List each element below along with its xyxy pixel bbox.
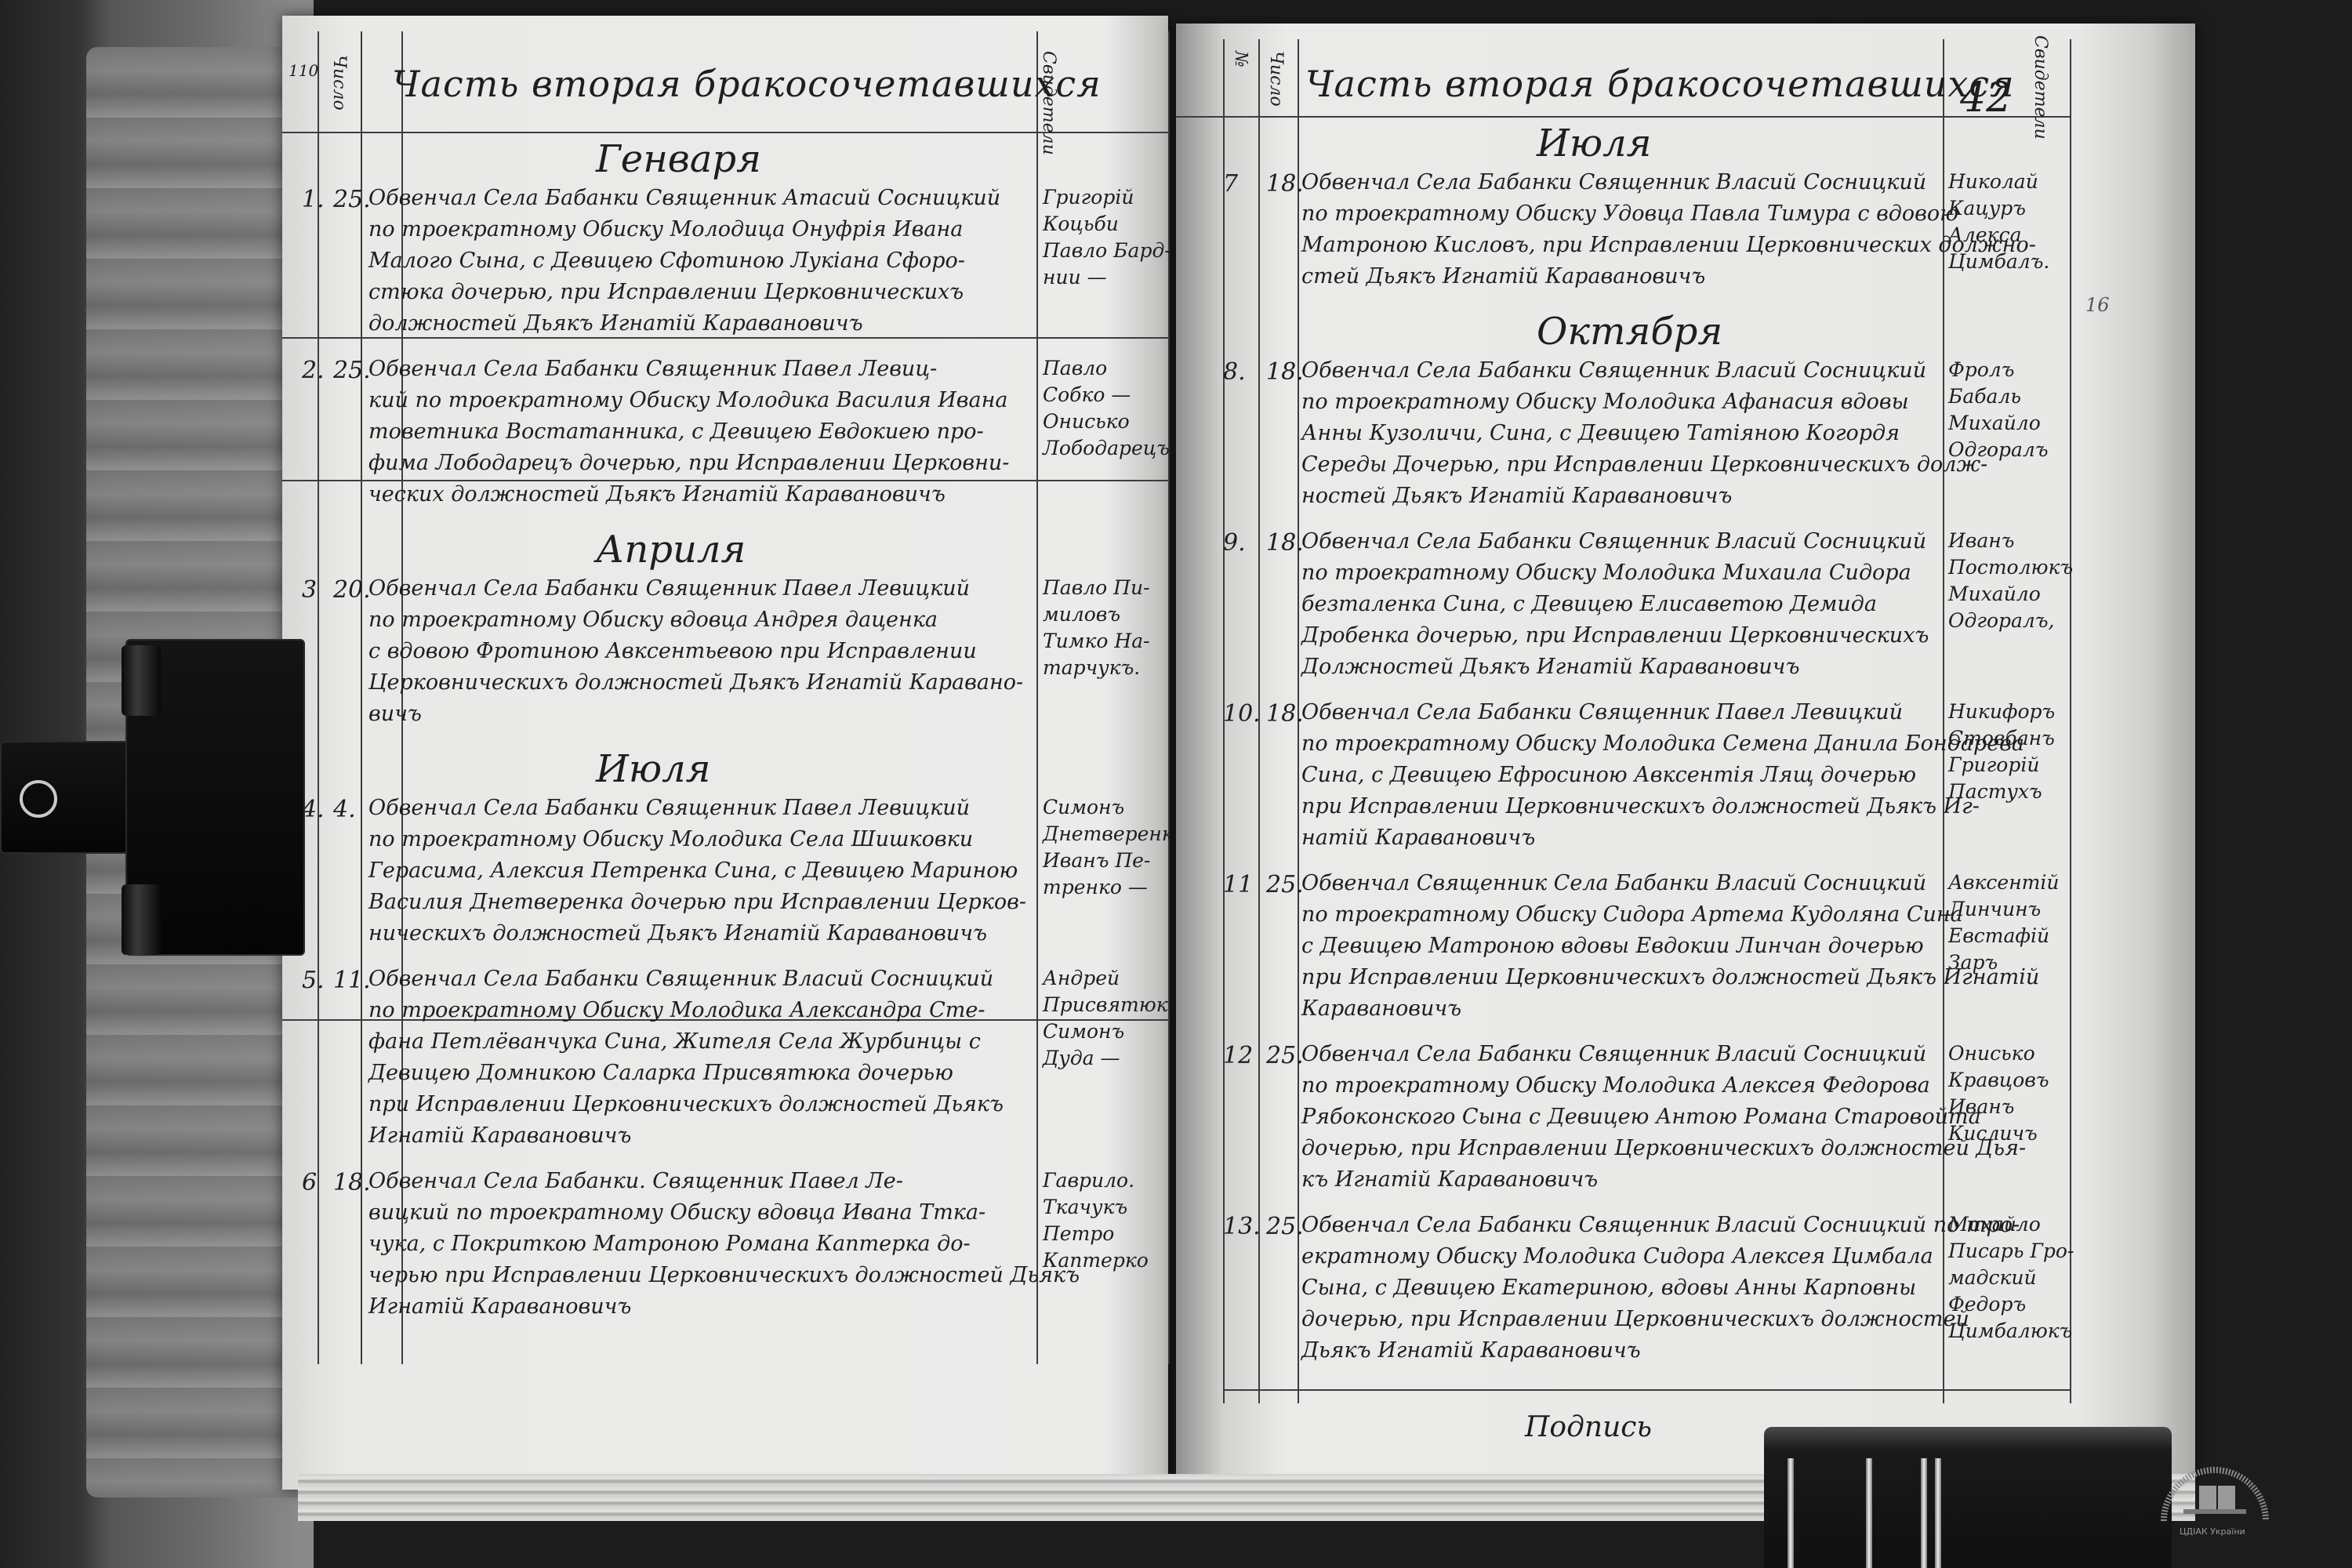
entry-text-line: при Исправлении Церковническихъ должност… xyxy=(1301,794,1980,818)
entry-text-line: черью при Исправлении Церковническихъ до… xyxy=(368,1263,1080,1287)
entry-text-line: с вдовою Фротиною Авксентьевою при Испра… xyxy=(368,639,977,663)
entry-text-line: Обвенчал Села Бабанки Священник Павел Ле… xyxy=(368,357,937,381)
witness-name: Симонъ xyxy=(1043,1020,1124,1043)
entry-text-line: кий по троекратному Обиску Молодика Васи… xyxy=(368,388,1007,412)
month-heading: Октября xyxy=(1537,310,1722,354)
entry-number: 1. xyxy=(302,186,325,213)
month-heading: Генваря xyxy=(596,137,761,181)
entry-text-line: Обвенчал Села Бабанки Священник Власий С… xyxy=(1301,1042,1926,1066)
entry-number: 9. xyxy=(1223,529,1246,557)
entry-text-line: чука, с Покриткою Матроною Романа Каптер… xyxy=(368,1232,971,1256)
entry-text-line: Обвенчал Села Бабанки Священник Павел Ле… xyxy=(368,576,970,601)
entry-text-line: стюка дочерью, при Исправлении Церковнич… xyxy=(368,280,964,304)
signature: Подпись xyxy=(1525,1411,1652,1443)
entry-text-line: Обвенчал Священник Села Бабанки Власий С… xyxy=(1301,871,1926,895)
entry-text-line: натій Каравановичъ xyxy=(1301,826,1535,850)
entry-text-line: по троекратному Обиску Молодика Алексея … xyxy=(1301,1073,1930,1098)
rule-line xyxy=(282,480,1168,481)
witness-name: Михайло xyxy=(1948,583,2041,605)
rule-line xyxy=(361,31,362,1364)
rule-line xyxy=(1176,116,2070,118)
entry-text-line: Обвенчал Села Бабанки Священник Власий С… xyxy=(368,967,993,991)
entry-text-line: къ Игнатій Каравановичъ xyxy=(1301,1167,1598,1192)
witness-name: Иванъ Пе- xyxy=(1043,849,1150,872)
entry-text-line: по троекратному Обиску Молодика Афанасия… xyxy=(1301,390,1909,414)
clip-roller xyxy=(122,645,161,716)
entry-number: 7 xyxy=(1223,170,1238,198)
witness-name: Цимбалюкъ xyxy=(1948,1319,2072,1342)
witness-name: Днетверенко xyxy=(1043,822,1185,845)
entry-day: 25. xyxy=(333,357,371,384)
entry-text-line: при Исправлении Церковническихъ должност… xyxy=(368,1092,1004,1116)
column-header-number: № xyxy=(1231,51,1250,67)
entry-text-line: ническихъ должностей Дьякъ Игнатій Карав… xyxy=(368,921,987,946)
entry-day: 18. xyxy=(1266,529,1304,557)
entry-number: 12 xyxy=(1223,1042,1253,1069)
entry-number: 11 xyxy=(1223,871,1253,898)
entry-text-line: Середы Дочерью, при Исправлении Церковни… xyxy=(1301,452,1987,477)
witness-name: Павло xyxy=(1043,357,1107,379)
rule-line xyxy=(1223,1389,2070,1391)
witness-name: Николай xyxy=(1948,170,2038,193)
witness-name: Авксентій xyxy=(1948,871,2059,894)
page-title: Часть вторая бракосочетавшихся xyxy=(392,63,1102,105)
witness-name: Гаврило. xyxy=(1043,1169,1134,1192)
entry-text-line: Сына, с Девицею Екатериною, вдовы Анны К… xyxy=(1301,1276,1916,1300)
rule-line xyxy=(1036,31,1038,1364)
entry-text-line: Рябоконского Сына с Девицею Антою Романа… xyxy=(1301,1105,1981,1129)
witness-name: Петро xyxy=(1043,1222,1114,1245)
witness-name: Одгоралъ xyxy=(1948,438,2049,461)
entry-text-line: Анны Кузоличи, Сина, с Девицею Татіяною … xyxy=(1301,421,1900,445)
entry-text-line: екратному Обиску Молодика Сидора Алексея… xyxy=(1301,1244,1933,1269)
entry-text-line: Обвенчал Села Бабанки Священник Власий С… xyxy=(1301,170,1926,194)
entry-text-line: по троекратному Обиску Молодика Села Шиш… xyxy=(368,827,973,851)
witness-name: Симонъ xyxy=(1043,796,1124,818)
witness-name: Писарь Гро- xyxy=(1948,1240,2074,1262)
entry-day: 11. xyxy=(333,967,371,994)
witness-name: Постолюкъ xyxy=(1948,556,2073,579)
entry-text-line: Василия Днетверенка дочерью при Исправле… xyxy=(368,890,1026,914)
entry-text-line: Матроною Кисловъ, при Исправлении Церков… xyxy=(1301,233,2036,257)
witness-name: миловъ xyxy=(1043,603,1120,626)
entry-text-line: Обвенчал Села Бабанки Священник Власий С… xyxy=(1301,358,1926,383)
witness-name: Кравцовъ xyxy=(1948,1069,2049,1091)
witness-name: Ткачукъ xyxy=(1043,1196,1127,1218)
entry-text-line: с Девицею Матроною вдовы Евдокии Линчан … xyxy=(1301,934,1924,958)
witness-name: Тимко На- xyxy=(1043,630,1150,652)
entry-text-line: безталенка Сина, с Девицею Елисаветою Де… xyxy=(1301,592,1877,616)
witness-name: тарчукъ. xyxy=(1043,656,1140,679)
page-title: Часть вторая бракосочетавшихся xyxy=(1305,63,2015,105)
entry-text-line: по троекратному Обиску вдовца Андрея дац… xyxy=(368,608,938,632)
witness-name: Федоръ xyxy=(1948,1293,2026,1316)
entry-day: 25. xyxy=(1266,1042,1304,1069)
entry-text-line: по троекратному Обиску Молодика Михаила … xyxy=(1301,561,1911,585)
entry-number: 10. xyxy=(1223,700,1261,728)
binder-clip-bottom xyxy=(1764,1427,2172,1568)
rule-line xyxy=(282,132,1168,133)
witness-name: Григорій xyxy=(1043,186,1134,209)
month-heading: Априля xyxy=(596,528,746,572)
witness-name: Онисько xyxy=(1948,1042,2035,1065)
entry-text-line: фана Петлёванчука Сина, Жителя Села Журб… xyxy=(368,1029,981,1054)
witness-name: Павло Бард- xyxy=(1043,239,1171,262)
witness-name: Дуда — xyxy=(1043,1047,1120,1069)
witness-name: Линчинъ xyxy=(1948,898,2041,920)
margin-note: 16 xyxy=(2085,294,2110,316)
entry-text-line: Игнатій Каравановичъ xyxy=(368,1123,631,1148)
folio-number: 42 xyxy=(1960,74,2012,122)
witness-name: Михайло xyxy=(1948,1213,2041,1236)
entry-text-line: Обвенчал Села Бабанки Священник Власий С… xyxy=(1301,529,1926,554)
entry-number: 3 xyxy=(302,576,317,604)
witness-name: Андрей xyxy=(1043,967,1120,989)
entry-number: 4. xyxy=(302,796,325,823)
entry-text-line: по троекратному Обиску Молодица Онуфрія … xyxy=(368,217,963,241)
entry-text-line: Дробенка дочерью, при Исправлении Церков… xyxy=(1301,623,1929,648)
rule-line xyxy=(2070,39,2071,1403)
witness-name: Кисличъ xyxy=(1948,1122,2038,1145)
witness-name: Заръ xyxy=(1948,951,1998,974)
witness-name: Михайло xyxy=(1948,412,2041,434)
rule-line xyxy=(1168,31,1170,1364)
entry-day: 25. xyxy=(333,186,371,213)
entry-day: 18. xyxy=(1266,358,1304,386)
entry-text-line: товетника Востатанника, с Девицею Евдоки… xyxy=(368,419,984,444)
witness-name: мадский xyxy=(1948,1266,2037,1289)
clip-hole-icon xyxy=(20,780,57,818)
witness-name: Онисько xyxy=(1043,410,1130,433)
entry-text-line: дочерью, при Исправлении Церковническихъ… xyxy=(1301,1307,1969,1331)
entry-text-line: вичъ xyxy=(368,702,422,726)
entry-text-line: по троекратному Обиску Удовца Павла Тиму… xyxy=(1301,201,1958,226)
entry-number: 5. xyxy=(302,967,325,994)
entry-text-line: при Исправлении Церковническихъ должност… xyxy=(1301,965,2039,989)
witness-name: Цимбалъ. xyxy=(1948,250,2049,273)
archive-stamp-label: ЦДІАК України xyxy=(2180,1526,2245,1537)
entry-day: 25. xyxy=(1266,1213,1304,1240)
entry-day: 18. xyxy=(1266,700,1304,728)
witness-name: нии — xyxy=(1043,266,1107,289)
rule-line xyxy=(282,337,1168,339)
entry-day: 25. xyxy=(1266,871,1304,898)
entry-text-line: вицкий по троекратному Обиску вдовца Ива… xyxy=(368,1200,985,1225)
month-heading: Июля xyxy=(596,747,710,791)
witness-name: Собко — xyxy=(1043,383,1131,406)
entry-text-line: Девицею Домникою Саларка Присвятюка доче… xyxy=(368,1061,953,1085)
entry-day: 18. xyxy=(333,1169,371,1196)
rule-line xyxy=(318,31,319,1364)
witness-name: Григорій xyxy=(1948,753,2039,776)
witness-name: Стовбанъ xyxy=(1948,727,2055,750)
witness-name: Иванъ xyxy=(1948,529,2014,552)
entry-text-line: ностей Дьякъ Игнатій Каравановичъ xyxy=(1301,484,1732,508)
witness-name: Пастухъ xyxy=(1948,780,2042,803)
entry-text-line: Герасима, Алексия Петренка Сина, с Девиц… xyxy=(368,858,1018,883)
entry-number: 2. xyxy=(302,357,325,384)
column-header-witnesses: Свидетели xyxy=(2031,35,2050,140)
entry-text-line: Обвенчал Села Бабанки. Священник Павел Л… xyxy=(368,1169,903,1193)
entry-number: 8. xyxy=(1223,358,1246,386)
entry-text-line: Обвенчал Села Бабанки Священник Павел Ле… xyxy=(1301,700,1903,724)
clip-roller xyxy=(122,884,161,955)
witness-name: тренко — xyxy=(1043,876,1148,898)
entry-text-line: Обвенчал Села Бабанки Священник Павел Ле… xyxy=(368,796,970,820)
entry-text-line: по троекратному Обиску Молодика Александ… xyxy=(368,998,985,1022)
witness-name: Коцьби xyxy=(1043,212,1119,235)
entry-text-line: ческих должностей Дьякъ Игнатій Каравано… xyxy=(368,482,946,506)
entry-text-line: Дьякъ Игнатій Каравановичъ xyxy=(1301,1338,1641,1363)
entry-text-line: должностей Дьякъ Игнатій Каравановичъ xyxy=(368,311,863,336)
witness-name: Евстафій xyxy=(1948,924,2049,947)
witness-name: Одгоралъ, xyxy=(1948,609,2054,632)
entry-text-line: Каравановичъ xyxy=(1301,996,1461,1021)
entry-text-line: фима Лободарецъ дочерью, при Исправлении… xyxy=(368,451,1009,475)
witness-name: Каптерко xyxy=(1043,1249,1149,1272)
witness-name: Лободарецъ. xyxy=(1043,437,1176,459)
entry-text-line: по троекратному Обиску Молодика Семена Д… xyxy=(1301,731,2024,756)
entry-text-line: Игнатій Каравановичъ xyxy=(368,1294,631,1319)
entry-day: 18. xyxy=(1266,170,1304,198)
witness-name: Бабаль xyxy=(1948,385,2021,408)
entry-text-line: Должностей Дьякъ Игнатій Каравановичъ xyxy=(1301,655,1799,679)
witness-name: Павло Пи- xyxy=(1043,576,1150,599)
corner-note: 110 xyxy=(289,61,318,80)
entry-number: 6 xyxy=(302,1169,317,1196)
entry-text-line: стей Дьякъ Игнатій Каравановичъ xyxy=(1301,264,1705,289)
witness-name: Кацуръ xyxy=(1948,197,2026,220)
entry-text-line: Малого Сына, с Девицею Сфотиною Лукіана … xyxy=(368,249,965,273)
witness-name: Никифоръ xyxy=(1948,700,2055,723)
entry-day: 4. xyxy=(333,796,356,823)
entry-day: 20. xyxy=(333,576,371,604)
witness-name: Фролъ xyxy=(1948,358,2014,381)
witness-name: Иванъ xyxy=(1948,1095,2014,1118)
column-header-day: Число xyxy=(329,55,349,111)
entry-text-line: Обвенчал Села Бабанки Священник Власий С… xyxy=(1301,1213,2020,1237)
entry-text-line: Церковническихъ должностей Дьякъ Игнатій… xyxy=(368,670,1023,695)
entry-text-line: дочерью, при Исправлении Церковническихъ… xyxy=(1301,1136,2026,1160)
month-heading: Июля xyxy=(1537,122,1651,165)
witness-name: Присвятюкъ xyxy=(1043,993,1181,1016)
entry-text-line: по троекратному Обиску Сидора Артема Куд… xyxy=(1301,902,1963,927)
entry-number: 13. xyxy=(1223,1213,1261,1240)
entry-text-line: Сина, с Девицею Ефросиною Авксентія Лящ … xyxy=(1301,763,1916,787)
witness-name: Алекса xyxy=(1948,223,2021,246)
entry-text-line: Обвенчал Села Бабанки Священник Атасий С… xyxy=(368,186,1000,210)
column-header-day: Число xyxy=(1266,51,1286,107)
